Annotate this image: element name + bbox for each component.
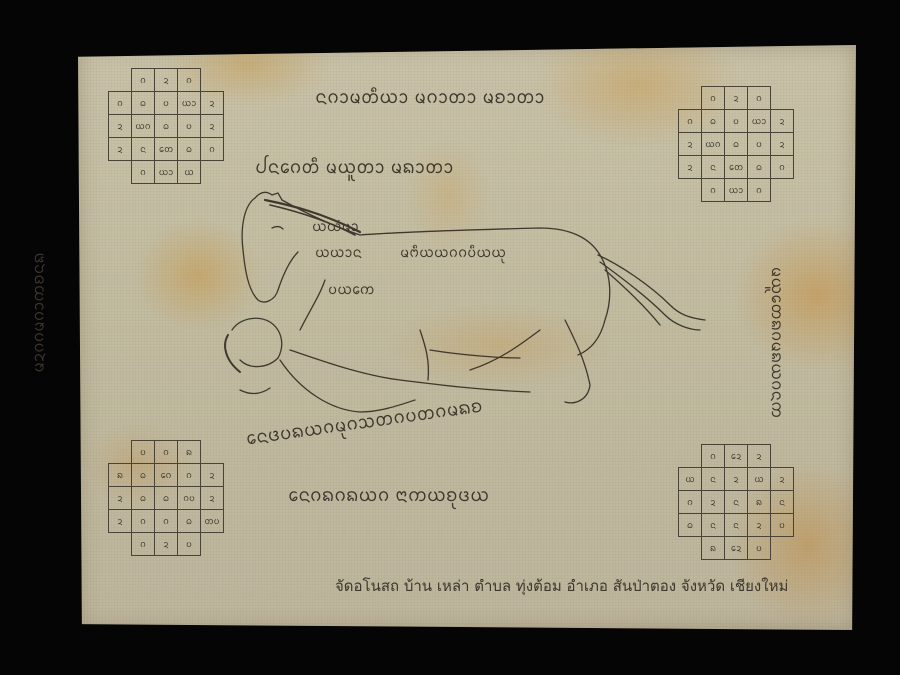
bottom-inscription: ᨶᩮᨣᨦᨣᨦᨿᨣ ᨶᩣᨠᨿᨧᩩᨴᨿ (288, 483, 489, 511)
yantra-cell: ᨯᩮ (724, 444, 748, 468)
yantra-cell: ᨶ (701, 467, 725, 491)
yantra-cell: ᨣ (770, 155, 794, 179)
horse-inscription-4: ᨷᨿᨠᩮ (328, 280, 375, 302)
yantra-cell: ᨯ (154, 68, 178, 92)
yantra-cell: ᨵ (131, 463, 155, 487)
yantra-cell: ᨣ (108, 91, 132, 115)
yantra-cell: ᨵ (154, 486, 178, 510)
yantra-cell: ᨯ (701, 490, 725, 514)
yantra-cell: ᨯ (678, 132, 702, 156)
yantra-cell: ᨯ (770, 109, 794, 133)
yantra-cell: ᨶ (770, 490, 794, 514)
yantra-cell: ᨦ (108, 463, 132, 487)
yantra-cell: ᨣᩮ (154, 463, 178, 487)
yantra-cell: ᨣ (747, 86, 771, 110)
yantra-cell: ᨣ (747, 178, 771, 202)
yantra-cell: ᨯ (200, 91, 224, 115)
yantra-cell: ᨣ (200, 137, 224, 161)
yantra-cell: ᨷ (154, 91, 178, 115)
yantra-cell: ᨯ (108, 509, 132, 533)
yantra-cell: ᨣ (701, 178, 725, 202)
yantra-cell: ᨵ (177, 509, 201, 533)
yantra-cell: ᨯ (108, 137, 132, 161)
yantra-cell: ᨶ (701, 513, 725, 537)
yantra-cell: ᨣ (177, 463, 201, 487)
yantra-cell: ᨲᩮ (154, 137, 178, 161)
yantra-cell: ᨷ (770, 513, 794, 537)
yantra-cell: ᨿᩣ (154, 160, 178, 184)
yantra-cell: ᨲᩮ (724, 155, 748, 179)
yantra-cell: ᨿᩣ (747, 109, 771, 133)
yantra-cell: ᨵ (177, 137, 201, 161)
yantra-cell: ᨯ (200, 486, 224, 510)
left-side-inscription: ᨾᨯᨣᨣᨾᨣᩣᨠᨧᨶᨦ (28, 252, 53, 372)
yantra-cell: ᨵ (701, 109, 725, 133)
yantra-cell: ᨵ (154, 114, 178, 138)
yantra-cell: ᨯᩮ (724, 536, 748, 560)
yantra-cell: ᨶ (701, 155, 725, 179)
yantra-cell: ᨿᩣ (177, 91, 201, 115)
yantra-cell: ᨷ (177, 532, 201, 556)
yantra-cell: ᨣ (701, 444, 725, 468)
yantra-cell: ᨷ (747, 132, 771, 156)
yantra-cell: ᨯ (747, 513, 771, 537)
top-inscription: ᨶᨣᩣᨾᨲᩥᨿᩣ ᨾᨣᩣᨲᩣ ᨾᨧᩣᨲᩣ (315, 85, 545, 113)
yantra-cell: ᨿᨣ (701, 132, 725, 156)
yantra-cell: ᨷ (747, 536, 771, 560)
yantra-cell: ᨣ (131, 160, 155, 184)
yantra-cell: ᨦ (747, 490, 771, 514)
yantra-cell: ᨵ (131, 486, 155, 510)
yantra-cell: ᨯ (200, 114, 224, 138)
yantra-cell: ᨷ (177, 114, 201, 138)
yantra-cell: ᨣ (154, 440, 178, 464)
yantra-cell: ᨣ (131, 509, 155, 533)
upper-inscription: ᨸᨶᨣᩮᨲᩥ ᨾᨿᩪᨲᩣ ᨾᨦᩣᨲᩣ (255, 155, 454, 183)
horse-inscription-1: ᨿᨿᩢᨾᩣ (312, 217, 359, 239)
yantra-cell: ᨣ (678, 490, 702, 514)
yantra-cell: ᨯ (108, 486, 132, 510)
yantra-cell: ᨣ (131, 532, 155, 556)
yantra-cell: ᨿᩣ (724, 178, 748, 202)
yantra-cell: ᨿᨣ (131, 114, 155, 138)
yantra-cell: ᨣᨷ (177, 486, 201, 510)
yantra-cell: ᨦ (177, 440, 201, 464)
yantra-cell: ᨶ (724, 513, 748, 537)
yantra-cell: ᨣ (131, 68, 155, 92)
yantra-cell: ᨵ (678, 513, 702, 537)
yantra-cell: ᨯ (770, 467, 794, 491)
yantra-cell: ᨿ (678, 467, 702, 491)
yantra-cell: ᨣ (678, 109, 702, 133)
yantra-cell: ᨵ (724, 132, 748, 156)
yantra-cell: ᨿ (177, 160, 201, 184)
yantra-cell: ᨯ (747, 444, 771, 468)
yantra-cell: ᨯ (154, 532, 178, 556)
yantra-cell: ᨯ (770, 132, 794, 156)
yantra-cell: ᨣ (177, 68, 201, 92)
yantra-cell: ᨿ (747, 467, 771, 491)
yantra-cell: ᨷ (131, 440, 155, 464)
yantra-cell: ᨣ (701, 86, 725, 110)
yantra-cell: ᨯ (724, 86, 748, 110)
yantra-cell: ᨲᨷ (200, 509, 224, 533)
yantra-cell: ᨯ (678, 155, 702, 179)
yantra-cell: ᨵ (131, 91, 155, 115)
yantra-cell: ᨵ (747, 155, 771, 179)
yantra-cell: ᨣ (154, 509, 178, 533)
yantra-cell: ᨶ (131, 137, 155, 161)
right-side-inscription: ᨾᨿᩪᨲᩮᨦᨣᨾᨦᨿᨣᨶᨠ (763, 267, 788, 418)
footer-inscription: จัดอโนสถ บ้าน เหล่า ตำบล ทุ่งต้อม อำเภอ … (335, 574, 788, 598)
yantra-cell: ᨯ (200, 463, 224, 487)
yantra-cell: ᨷ (724, 109, 748, 133)
horse-inscription-3: ᨿᨿᩣᨶ (315, 243, 362, 265)
yantra-cell: ᨶ (724, 490, 748, 514)
yantra-cell: ᨯ (108, 114, 132, 138)
yantra-cell: ᨦ (701, 536, 725, 560)
horse-inscription-2: ᨾᨻᩥᨿᨿᨣᨣᨷᩥᨿᨿᩩ (400, 243, 506, 265)
yantra-cell: ᨯ (724, 467, 748, 491)
